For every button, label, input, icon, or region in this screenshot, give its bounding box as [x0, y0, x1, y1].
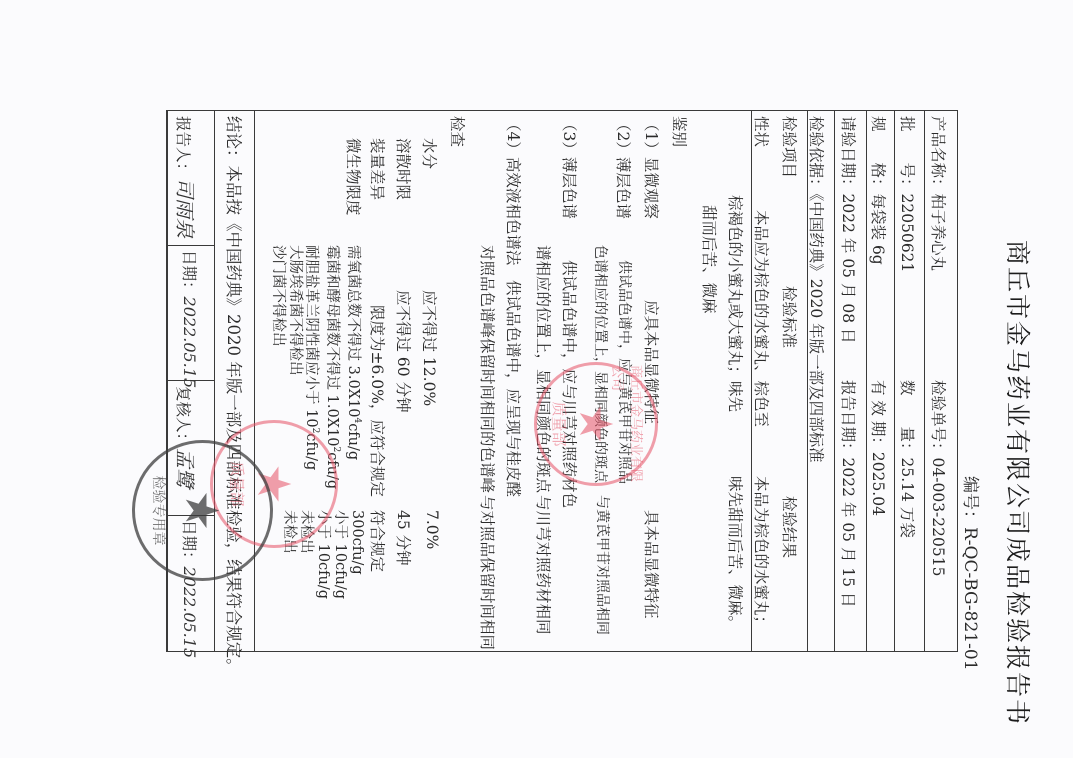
microbial-standard-line: 需氧菌总数不得过 3.0X104cfu/g — [344, 245, 365, 489]
expiry-field: 有 效 期：2025.04 — [868, 380, 890, 516]
product-name-field: 产品名称：柏子养心丸 — [928, 116, 950, 271]
properties-result-1: 本品为棕色的水蜜丸； — [751, 476, 773, 631]
ident-3-item: （3）薄层色谱 — [559, 116, 581, 219]
reporter: 报告人：司雨泉 — [172, 116, 201, 238]
check-weight-result: 符合规定 — [367, 510, 389, 572]
inspection-report-page: 商丘市金马药业有限公司成品检验报告书 编号：R-QC-BG-821-01 产品名… — [0, 0, 1073, 758]
identification-section: 鉴别 — [669, 116, 691, 147]
ident-3-result: 与川芎对照药材相同 — [533, 495, 555, 635]
check-moisture-item: 水分 — [419, 138, 441, 169]
ident-4-standard-1: 供试品色谱中，应呈现与桂皮醛 — [503, 280, 525, 497]
check-weight-item: 装量差异 — [367, 138, 389, 200]
divider — [924, 110, 925, 652]
report-date-field: 报告日期：2022 年 05 月 15 日 — [838, 380, 860, 608]
divider — [834, 110, 835, 652]
properties-standard-2: 棕褐色的小蜜丸或大蜜丸；味先 — [725, 195, 747, 412]
checks-section: 检查 — [447, 116, 469, 147]
quality-dept-stamp: ★ 商丘市金马药业有限公司 质量部 — [534, 362, 658, 486]
properties-item: 性状 — [751, 116, 773, 147]
ident-2-result: 与黄芪甲苷对照品相同 — [593, 495, 613, 635]
star-icon: ★ — [180, 490, 226, 531]
header-standard: 检验标准 — [779, 286, 801, 348]
check-moisture-standard: 应不得过 12.0% — [419, 290, 441, 406]
ident-4-item: （4）高效液相色谱法 — [503, 116, 525, 265]
properties-result-2: 味先甜而后苦、微麻。 — [725, 476, 747, 631]
inspection-seal-stamp: ★ 检验专用章 — [132, 440, 273, 581]
report-title: 商丘市金马药业有限公司成品检验报告书 — [1001, 240, 1037, 726]
check-disintegration-standard: 应不得过 60 分钟 — [393, 290, 415, 413]
reporter-signature: 司雨泉 — [173, 178, 197, 238]
basis-field: 检验依据：《中国药典》2020 年版一部及四部标准 — [806, 116, 828, 463]
inspection-number-field: 检验单号：04-003-220515 — [928, 380, 950, 576]
check-microbial-item: 微生物限度 — [343, 138, 365, 216]
ident-1-item: （1）显微观察 — [641, 116, 663, 219]
quantity-field: 数 量：25.14 万袋 — [897, 380, 919, 538]
check-disintegration-item: 溶散时限 — [393, 138, 415, 200]
microbial-result-line: 300cfu/g — [348, 510, 365, 599]
check-disintegration-result: 45 分钟 — [393, 510, 415, 566]
check-moisture-result: 7.0% — [423, 510, 441, 549]
divider — [254, 110, 255, 652]
batch-field: 批 号：22050621 — [897, 116, 919, 272]
reporter-date: 日期：2022.05.15 — [179, 250, 201, 388]
header-result: 检验结果 — [779, 496, 801, 558]
ident-4-result: 与对照品保留时间相同 — [477, 495, 499, 650]
document-number: 编号：R-QC-BG-821-01 — [960, 476, 985, 671]
ident-2-item: （2）薄层色谱 — [613, 116, 635, 219]
request-date-field: 请验日期：2022 年 05 月 08 日 — [838, 116, 860, 344]
ident-4-standard-2: 对照品色谱峰保留时间相同的色谱峰 — [477, 245, 499, 493]
divider — [167, 245, 215, 246]
divider — [894, 110, 895, 652]
properties-standard-3: 甜而后苦、微麻 — [699, 205, 721, 314]
divider — [866, 110, 867, 652]
header-item: 检验项目 — [779, 116, 801, 178]
spec-field: 规 格：每袋装 6g — [868, 116, 890, 265]
check-weight-standard: 限度为±6.0%，应符合规定 — [367, 305, 389, 497]
properties-standard-1: 本品应为棕色的水蜜丸、棕色至 — [751, 210, 773, 427]
microbial-result-line: 小于 10cfu/g — [331, 510, 348, 599]
conclusion: 结论：本品按《中国药典》2020 年版一部及四部标准检验，结果符合规定。 — [223, 116, 247, 675]
ident-1-result: 具本品显微特征 — [641, 510, 663, 619]
